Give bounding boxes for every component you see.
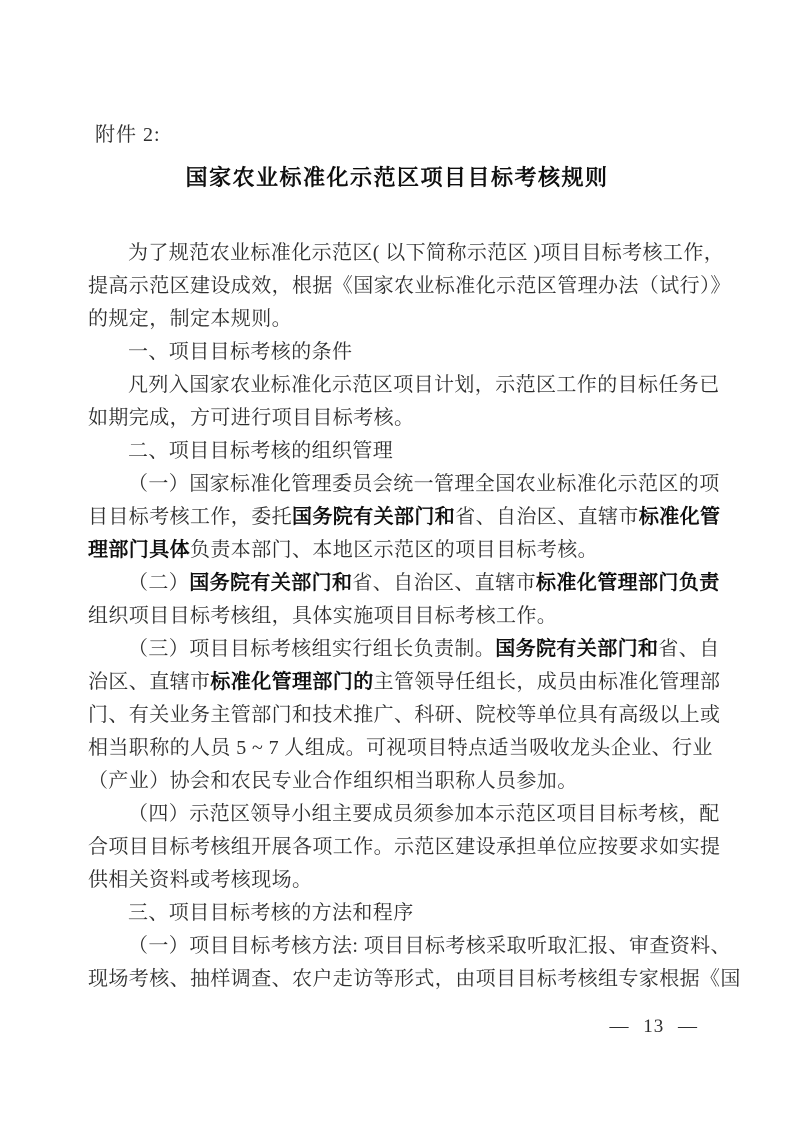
text-run: （一）项目目标考核方法: 项目目标考核采取听取汇报、审查资料、 [128, 935, 731, 957]
text-line: 门、有关业务主管部门和技术推广、科研、院校等单位具有高级以上或 [88, 699, 728, 732]
document-title: 国家农业标准化示范区项目目标考核规则 [0, 161, 794, 192]
text-run: 如期完成，方可进行项目目标考核。 [88, 407, 414, 429]
text-line: （四）示范区领导小组主要成员须参加本示范区项目目标考核，配 [88, 798, 728, 831]
emphasized-text-run: 标准化管理部门负责 [536, 572, 720, 594]
text-line: （一）项目目标考核方法: 项目目标考核采取听取汇报、审查资料、 [88, 930, 728, 963]
text-run: 凡列入国家农业标准化示范区项目计划，示范区工作的目标任务已 [128, 374, 720, 396]
text-run: （一）国家标准化管理委员会统一管理全国农业标准化示范区的项 [128, 473, 720, 495]
text-line: 目目标考核工作，委托国务院有关部门和省、自治区、直辖市标准化管 [88, 501, 728, 534]
text-run: 一、项目目标考核的条件 [128, 341, 352, 363]
text-line: 凡列入国家农业标准化示范区项目计划，示范区工作的目标任务已 [88, 369, 728, 402]
text-run: （二） [128, 572, 189, 594]
text-run: （产业）协会和农民专业合作组织相当职称人员参加。 [88, 770, 578, 792]
text-run: 主管领导任组长，成员由标准化管理部 [374, 671, 721, 693]
emphasized-text-run: 标准化管 [639, 506, 721, 528]
text-line: （产业）协会和农民专业合作组织相当职称人员参加。 [88, 765, 728, 798]
document-body: 为了规范农业标准化示范区( 以下简称示范区 )项目目标考核工作，提高示范区建设成… [88, 237, 728, 996]
text-run: 门、有关业务主管部门和技术推广、科研、院校等单位具有高级以上或 [88, 704, 720, 726]
text-run: 负责本部门、本地区示范区的项目目标考核。 [190, 539, 598, 561]
text-run: 二、项目目标考核的组织管理 [128, 440, 393, 462]
text-run: 三、项目目标考核的方法和程序 [128, 902, 414, 924]
text-line: （二）国务院有关部门和省、自治区、直辖市标准化管理部门负责 [88, 567, 728, 600]
text-line: 三、项目目标考核的方法和程序 [88, 897, 728, 930]
text-line: 如期完成，方可进行项目目标考核。 [88, 402, 728, 435]
text-line: 二、项目目标考核的组织管理 [88, 435, 728, 468]
text-line: 合项目目标考核组开展各项工作。示范区建设承担单位应按要求如实提 [88, 831, 728, 864]
text-line: 供相关资料或考核现场。 [88, 864, 728, 897]
text-line: 为了规范农业标准化示范区( 以下简称示范区 )项目目标考核工作， [88, 237, 728, 270]
text-run: 组织项目目标考核组，具体实施项目目标考核工作。 [88, 605, 557, 627]
text-line: 组织项目目标考核组，具体实施项目目标考核工作。 [88, 600, 728, 633]
text-run: 的规定，制定本规则。 [88, 308, 292, 330]
text-line: （三）项目目标考核组实行组长负责制。国务院有关部门和省、自 [88, 633, 728, 666]
emphasized-text-run: 国务院有关部门和 [292, 506, 455, 528]
text-run: 供相关资料或考核现场。 [88, 869, 312, 891]
text-run: （四）示范区领导小组主要成员须参加本示范区项目目标考核，配 [128, 803, 720, 825]
text-run: 相当职称的人员 5 ~ 7 人组成。可视项目特点适当吸收龙头企业、行业 [88, 737, 713, 759]
text-line: 治区、直辖市标准化管理部门的主管领导任组长，成员由标准化管理部 [88, 666, 728, 699]
text-run: （三）项目目标考核组实行组长负责制。 [128, 638, 495, 660]
emphasized-text-run: 理部门具体 [88, 539, 190, 561]
text-line: 理部门具体负责本部门、本地区示范区的项目目标考核。 [88, 534, 728, 567]
document-page: 附件 2: 国家农业标准化示范区项目目标考核规则 为了规范农业标准化示范区( 以… [0, 0, 794, 1123]
emphasized-text-run: 国务院有关部门和 [189, 572, 352, 594]
text-run: 省、自治区、直辖市 [455, 506, 639, 528]
text-run: 目目标考核工作，委托 [88, 506, 292, 528]
text-run: 合项目目标考核组开展各项工作。示范区建设承担单位应按要求如实提 [88, 836, 720, 858]
emphasized-text-run: 国务院有关部门和 [495, 638, 658, 660]
text-line: 提高示范区建设成效，根据《国家农业标准化示范区管理办法（试行）》 [88, 270, 728, 303]
attachment-label: 附件 2: [95, 118, 161, 147]
text-run: 为了规范农业标准化示范区( 以下简称示范区 )项目目标考核工作， [128, 242, 724, 264]
text-line: （一）国家标准化管理委员会统一管理全国农业标准化示范区的项 [88, 468, 728, 501]
page-number: — 13 — [610, 1016, 699, 1038]
text-line: 现场考核、抽样调查、农户走访等形式，由项目目标考核组专家根据《国 [88, 963, 728, 996]
text-run: 省、自治区、直辖市 [352, 572, 536, 594]
text-line: 一、项目目标考核的条件 [88, 336, 728, 369]
text-line: 相当职称的人员 5 ~ 7 人组成。可视项目特点适当吸收龙头企业、行业 [88, 732, 728, 765]
text-run: 省、自 [658, 638, 719, 660]
text-run: 现场考核、抽样调查、农户走访等形式，由项目目标考核组专家根据《国 [88, 968, 741, 990]
emphasized-text-run: 标准化管理部门的 [210, 671, 373, 693]
text-run: 提高示范区建设成效，根据《国家农业标准化示范区管理办法（试行）》 [88, 275, 731, 297]
text-run: 治区、直辖市 [88, 671, 210, 693]
text-line: 的规定，制定本规则。 [88, 303, 728, 336]
